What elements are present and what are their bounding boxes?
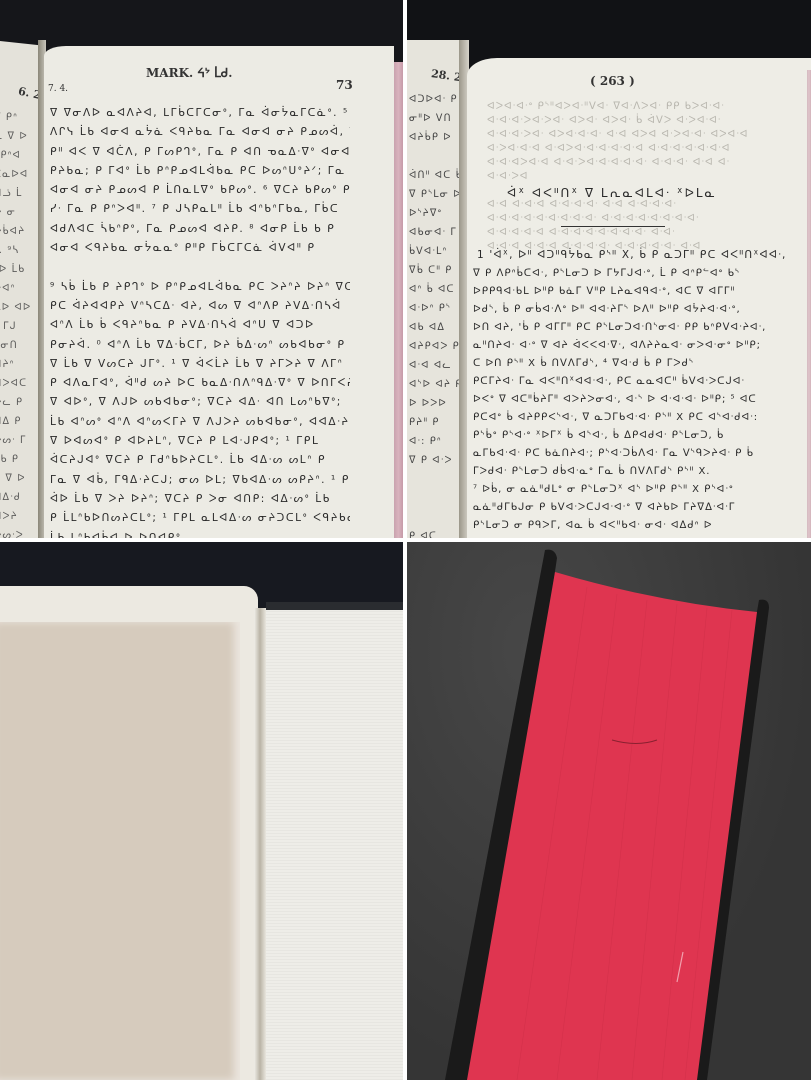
title-rule [561,226,665,227]
photo-red-page-edges [407,542,811,1080]
verse-1: 1 'ᐋᕽ, ᐅᐦ ᐊᑐᐦᑫᔮᑲᓇ ᑭᔅᐦ X, ᑳ ᑭ ᓇᑐᒥᐦ ᑭᑕ ᐊᐸᐦ… [477,246,787,265]
page-body-text: ᐁ ᑭ ᐱᑭᐢᑳᑕᐊᐧ, ᑭᔅᒪᓂᑐ ᐅ ᒥᔭᒥᒍᐊᐧᐤ, ᒫ ᑭ ᐊᐢᑭᓪᐊᐤ… [473,265,803,538]
photo-book-page-263: 28. 22. ᐊᑐᐅᐊᐧ ᑭ ᓂᐦᐅ ᐯᑎ ᐊᔨᑳᑭ ᐅ ᐋᑎᐦ ᐊᑕ ᑳ ᐁ… [407,0,811,538]
photo-endpaper [0,542,403,1080]
left-page-text: ᐊᑐᐅᐊᐧ ᑭ ᓂᐦᐅ ᐯᑎ ᐊᔨᑳᑭ ᐅ ᐋᑎᐦ ᐊᑕ ᑳ ᐁ ᑭᔅᒪᓂ ᐅ … [409,90,463,538]
book-top-edge-illustration [407,542,811,1080]
show-through-text: ᐊᐳᐊᐧᐊᐧᐤ ᑭᔅᐦᐊᐳᐊᐧᐦᐯᐊᐧ ᐁᐊᐧᐱᐳᐊᐧ ᑭᑭ ᑲᐳᐊᐧᐊᐧ ᐊᐧ… [487,100,797,254]
photo-book-page-73: 6. 23. ᐁ ᑭᐢ ᓇ ᐁ ᐅ ᒥᑭᐢᐊ ᐸᓇᐅᐊ ᐊᓘ ᒫ ᐅ ᓂ ᐅᑳᐊ… [0,0,403,538]
running-head: MARK. ᔦᔾ ᒫᑯ. [146,66,232,80]
pink-page-edge [394,62,403,538]
page-body-text: ᐁ ᐁᓂᐱᐅ ᓇᐊᐱᔨᐊ, ᒪᒥᑳᑕᒥᑕᓂᐤ, ᒥᓇ ᐋᓂᔮᓇᒥᑕᓈᐤ. ⁵ ᑭ… [50,104,350,538]
page-header: ( 263 ) [590,74,635,88]
page-number: 73 [336,78,353,92]
section-title: ᐋᕽ ᐊᐸᐦᑎᕽ ᐁ ᒪᕆᓇᐊᒪᐊᐧ ᕽᐅᒪᓇ [507,184,717,203]
pastedown [266,608,403,1080]
cover-turn-in [266,602,403,610]
chapter-ref: 7. 4. [48,84,68,94]
foxed-area [0,622,240,1080]
pink-page-edge [807,70,811,538]
gutter [254,608,266,1080]
